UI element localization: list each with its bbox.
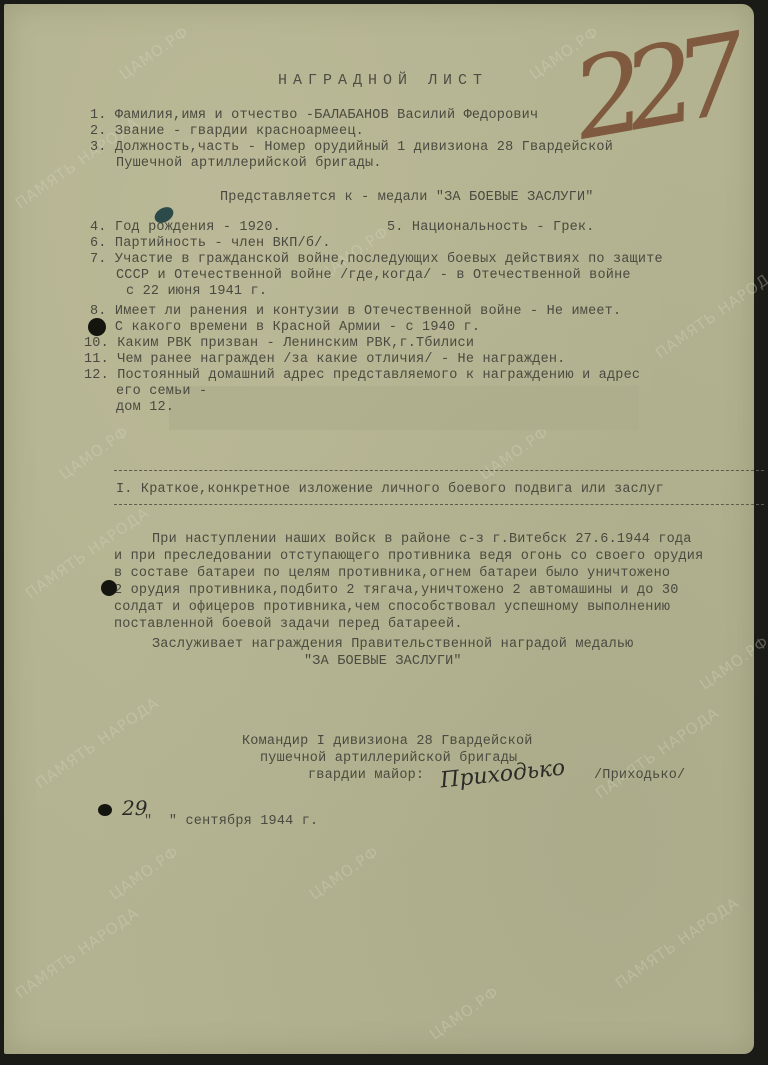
item-7: 7. Участие в гражданской войне,последующ… xyxy=(90,252,663,267)
punch-hole xyxy=(101,580,117,596)
item-6: 6. Партийность - член ВКП/б/. xyxy=(90,236,331,251)
item-1: 1. Фамилия,имя и отчество -БАЛАБАНОВ Вас… xyxy=(90,108,538,123)
divider-bottom xyxy=(114,504,764,505)
watermark: ЦАМО.РФ xyxy=(426,983,502,1044)
award-sheet: ЦАМО.РФ ЦАМО.РФ ПАМЯТЬ НАРОДА ЦАМО.РФ ПА… xyxy=(4,4,754,1054)
divider-top xyxy=(114,470,764,471)
watermark: ПАМЯТЬ НАРОДА xyxy=(12,904,142,1003)
item-8: 8. Имеет ли ранения и контузии в Отечест… xyxy=(90,304,621,319)
watermark: ЦАМО.РФ xyxy=(116,23,192,84)
item-2: 2. Звание - гвардии красноармеец. xyxy=(90,124,364,139)
item-7-line-3: с 22 июня 1941 г. xyxy=(126,284,267,299)
narrative-line-5: солдат и офицеров противника,чем способс… xyxy=(114,600,670,615)
narrative-line-7: Заслуживает награждения Правительственно… xyxy=(152,637,633,652)
narrative-medal: "ЗА БОЕВЫЕ ЗАСЛУГИ" xyxy=(304,654,462,669)
item-7-line-2: СССР и Отечественной войне /где,когда/ -… xyxy=(116,268,631,283)
item-3-continued: Пушечной артиллерийской бригады. xyxy=(116,156,382,171)
section-header: I. Краткое,конкретное изложение личного … xyxy=(116,482,664,497)
watermark: ПАМЯТЬ НАРОДА xyxy=(32,694,162,793)
watermark: ЦАМО.РФ xyxy=(476,423,552,484)
narrative-line-3: в составе батареи по целям противника,ог… xyxy=(114,566,670,581)
watermark: ЦАМО.РФ xyxy=(56,423,132,484)
item-12-line-3: дом 12. xyxy=(116,400,174,415)
item-3: 3. Должность,часть - Номер орудийный 1 д… xyxy=(90,140,613,155)
item-10: 10. Каким РВК призван - Ленинским РВК,г.… xyxy=(84,336,474,351)
redacted-area xyxy=(169,386,639,430)
narrative-line-6: поставленной боевой задачи перед батарее… xyxy=(114,617,463,632)
watermark: ЦАМО.РФ xyxy=(306,843,382,904)
document-date: " " сентября 1944 г. xyxy=(144,814,318,829)
punch-hole xyxy=(88,318,106,336)
item-11: 11. Чем ранее награжден /за какие отличи… xyxy=(84,352,565,367)
item-9: 9. С какого времени в Красной Армии - с … xyxy=(90,320,480,335)
narrative-line-4: 2 орудия противника,подбито 2 тягача,уни… xyxy=(114,583,679,598)
signature-title-1: Командир I дивизиона 28 Гвардейской xyxy=(242,734,533,749)
watermark: ПАМЯТЬ НАРОДА xyxy=(592,704,722,803)
nomination-line: Представляется к - медали "ЗА БОЕВЫЕ ЗАС… xyxy=(220,190,594,205)
item-12: 12. Постоянный домашний адрес представля… xyxy=(84,368,640,383)
watermark: ПАМЯТЬ НАРОДА xyxy=(612,894,742,993)
watermark: ЦАМО.РФ xyxy=(106,843,182,904)
item-5: 5. Национальность - Грек. xyxy=(387,220,595,235)
watermark: ЦАМО.РФ xyxy=(696,633,768,694)
signature-name: /Приходько/ xyxy=(594,768,685,783)
narrative-line-2: и при преследовании отступающего противн… xyxy=(114,549,703,564)
punch-hole xyxy=(98,804,112,816)
signature-rank: гвардии майор: xyxy=(308,768,424,783)
item-12-line-2: его семьи - xyxy=(116,384,207,399)
document-title: НАГРАДНОЙ ЛИСТ xyxy=(278,72,488,89)
handwritten-number: 227 xyxy=(564,11,740,164)
narrative-line-1: При наступлении наших войск в районе с-з… xyxy=(152,532,692,547)
item-4: 4. Год рождения - 1920. xyxy=(90,220,281,235)
watermark: ПАМЯТЬ НАРОДА xyxy=(652,264,768,363)
